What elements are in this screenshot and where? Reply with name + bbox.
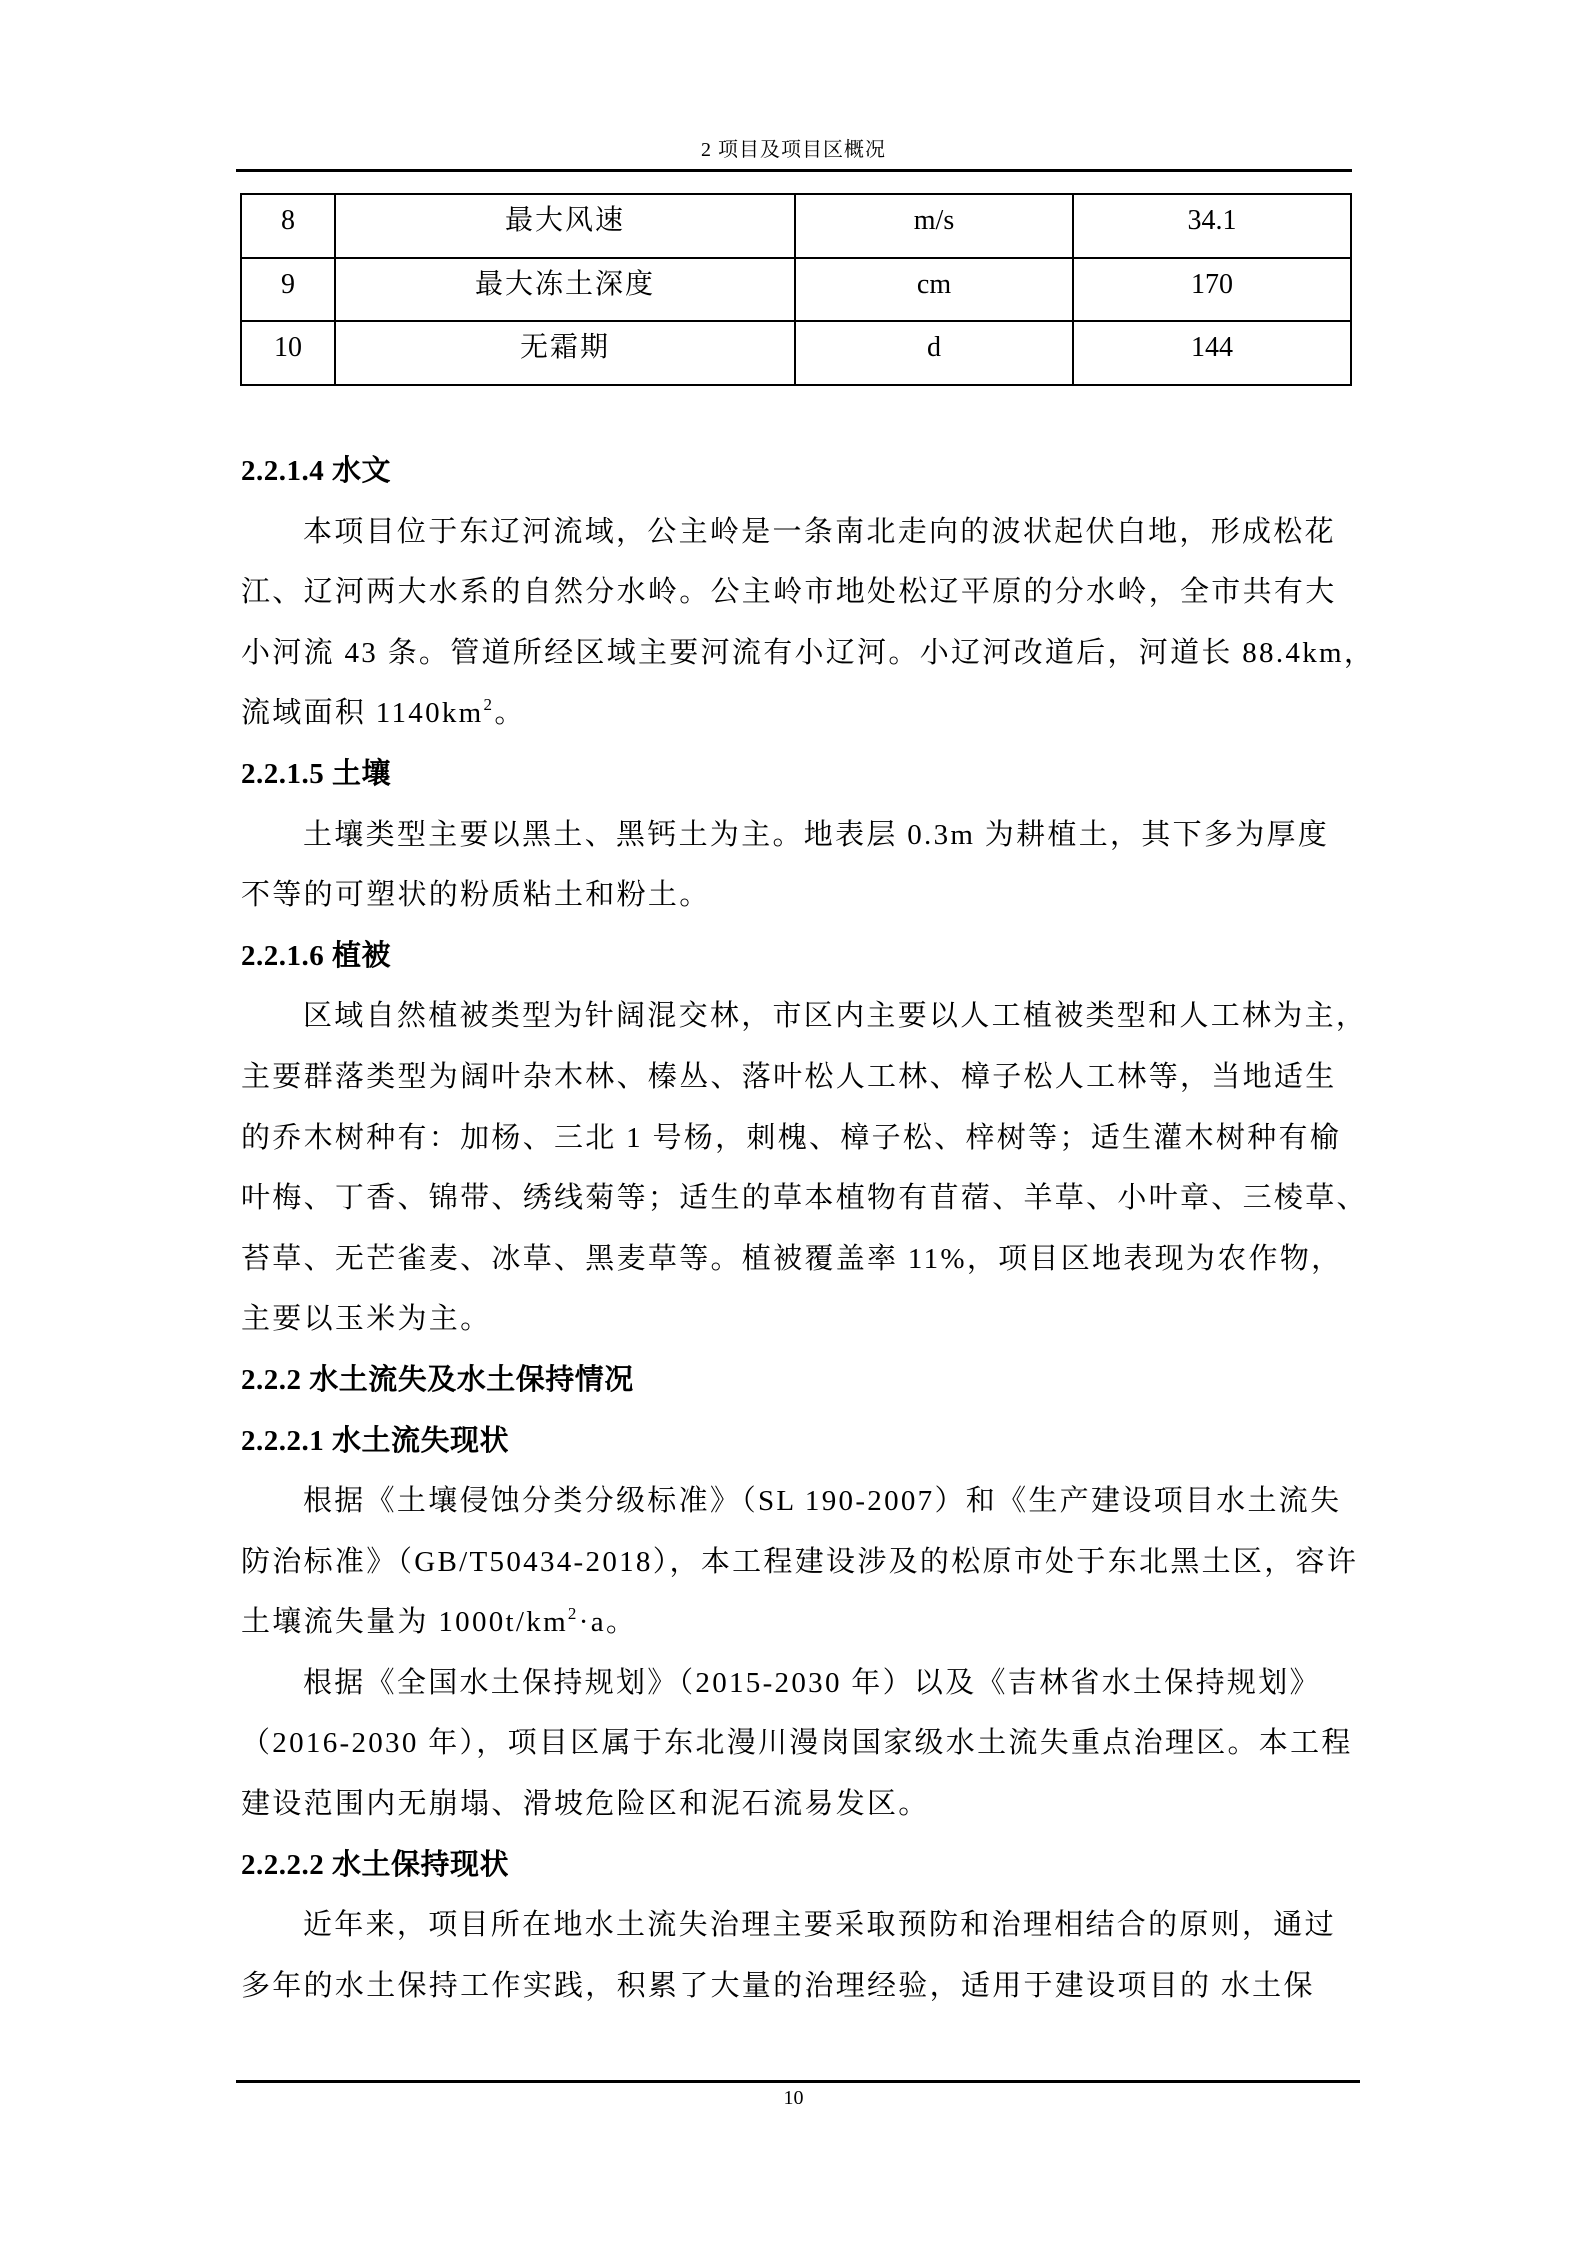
text-line: 的乔木树种有：加杨、三北 1 号杨，刺槐、樟子松、梓树等；适生灌木树种有榆 [241,1108,1357,1169]
text-line: 区域自然植被类型为针阔混交林，市区内主要以人工植被类型和人工林为主， [241,986,1357,1047]
superscript: 2 [484,695,495,714]
text-line: 多年的水土保持工作实践，积累了大量的治理经验，适用于建设项目的 水土保 [241,1956,1357,2017]
text-line: 叶梅、丁香、锦带、绣线菊等；适生的草本植物有苜蓿、羊草、小叶章、三棱草、 [241,1168,1357,1229]
paragraph-vegetation: 区域自然植被类型为针阔混交林，市区内主要以人工植被类型和人工林为主， 主要群落类… [241,986,1357,1350]
section-heading-soil: 2.2.1.5 土壤 [241,744,1357,805]
text-line: 土壤类型主要以黑土、黑钙土为主。地表层 0.3m 为耕植土，其下多为厚度 [241,805,1357,866]
text-line: 土壤流失量为 1000t/km2·a。 [241,1592,1357,1653]
heading-number: 2.2.1.4 [241,455,324,487]
cell-item: 最大冻土深度 [335,258,795,322]
text-line: （2016-2030 年），项目区属于东北漫川漫岗国家级水土流失重点治理区。本工… [241,1713,1357,1774]
cell-item: 最大风速 [335,194,795,258]
paragraph-conservation-status: 近年来，项目所在地水土流失治理主要采取预防和治理相结合的原则，通过 多年的水土保… [241,1895,1357,2016]
running-header: 2 项目及项目区概况 [0,136,1587,164]
paragraph-soil: 土壤类型主要以黑土、黑钙土为主。地表层 0.3m 为耕植土，其下多为厚度 不等的… [241,805,1357,926]
cell-item: 无霜期 [335,321,795,385]
cell-value: 144 [1073,321,1351,385]
heading-number: 2.2.1.5 [241,758,324,790]
text-line: 防治标准》（GB/T50434-2018），本工程建设涉及的松原市处于东北黑土区… [241,1532,1357,1593]
text-line: 主要群落类型为阔叶杂木林、榛丛、落叶松人工林、樟子松人工林等，当地适生 [241,1047,1357,1108]
cell-value: 170 [1073,258,1351,322]
text-fragment: 流域面积 1140km [241,697,484,729]
text-line: 近年来，项目所在地水土流失治理主要采取预防和治理相结合的原则，通过 [241,1895,1357,1956]
page-number: 10 [0,2086,1587,2110]
text-line: 根据《土壤侵蚀分类分级标准》（SL 190-2007）和《生产建设项目水土流失 [241,1471,1357,1532]
cell-unit: m/s [795,194,1073,258]
table-row: 9 最大冻土深度 cm 170 [241,258,1351,322]
superscript: 2 [568,1604,579,1623]
cell-no: 10 [241,321,335,385]
heading-number: 2.2.1.6 [241,940,324,972]
footer-rule [236,2080,1360,2083]
table-row: 10 无霜期 d 144 [241,321,1351,385]
paragraph-hydrology: 本项目位于东辽河流域，公主岭是一条南北走向的波状起伏白地，形成松花 江、辽河两大… [241,502,1357,744]
cell-no: 9 [241,258,335,322]
header-rule [236,169,1352,172]
text-fragment: 。 [494,697,525,729]
paragraph-erosion-planning: 根据《全国水土保持规划》（2015-2030 年）以及《吉林省水土保持规划》 （… [241,1653,1357,1835]
section-heading-vegetation: 2.2.1.6 植被 [241,926,1357,987]
heading-text: 水土保持现状 [332,1849,509,1881]
cell-value: 34.1 [1073,194,1351,258]
section-heading-hydrology: 2.2.1.4 水文 [241,441,1357,502]
section-heading-conservation-status: 2.2.2.2 水土保持现状 [241,1835,1357,1896]
heading-text: 水文 [332,455,391,487]
body-content: 2.2.1.4 水文 本项目位于东辽河流域，公主岭是一条南北走向的波状起伏白地，… [241,441,1357,2016]
text-line: 主要以玉米为主。 [241,1289,1357,1350]
text-line: 本项目位于东辽河流域，公主岭是一条南北走向的波状起伏白地，形成松花 [241,502,1357,563]
text-line: 江、辽河两大水系的自然分水岭。公主岭市地处松辽平原的分水岭，全市共有大 [241,562,1357,623]
cell-no: 8 [241,194,335,258]
cell-unit: d [795,321,1073,385]
text-line: 苔草、无芒雀麦、冰草、黑麦草等。植被覆盖率 11%，项目区地表现为农作物， [241,1229,1357,1290]
paragraph-erosion-standards: 根据《土壤侵蚀分类分级标准》（SL 190-2007）和《生产建设项目水土流失 … [241,1471,1357,1653]
cell-unit: cm [795,258,1073,322]
heading-number: 2.2.2.2 [241,1849,324,1881]
section-heading-erosion-status: 2.2.2.1 水土流失现状 [241,1411,1357,1472]
heading-number: 2.2.2 [241,1364,302,1396]
text-line: 不等的可塑状的粉质粘土和粉土。 [241,865,1357,926]
table-row: 8 最大风速 m/s 34.1 [241,194,1351,258]
section-heading-soil-erosion-conservation: 2.2.2 水土流失及水土保持情况 [241,1350,1357,1411]
text-line: 流域面积 1140km2。 [241,683,1357,744]
heading-text: 土壤 [332,758,391,790]
heading-text: 植被 [332,940,391,972]
text-fragment: 土壤流失量为 1000t/km [241,1606,568,1638]
heading-number: 2.2.2.1 [241,1425,324,1457]
document-page: 2 项目及项目区概况 8 最大风速 m/s 34.1 9 最大冻土深度 cm 1… [0,0,1587,2245]
heading-text: 水土流失及水土保持情况 [309,1364,634,1396]
text-line: 小河流 43 条。管道所经区域主要河流有小辽河。小辽河改道后，河道长 88.4k… [241,623,1357,684]
text-line: 根据《全国水土保持规划》（2015-2030 年）以及《吉林省水土保持规划》 [241,1653,1357,1714]
heading-text: 水土流失现状 [332,1425,509,1457]
climate-parameter-table: 8 最大风速 m/s 34.1 9 最大冻土深度 cm 170 10 无霜期 d… [240,193,1352,386]
text-line: 建设范围内无崩塌、滑坡危险区和泥石流易发区。 [241,1774,1357,1835]
text-fragment: ·a。 [579,1606,637,1638]
